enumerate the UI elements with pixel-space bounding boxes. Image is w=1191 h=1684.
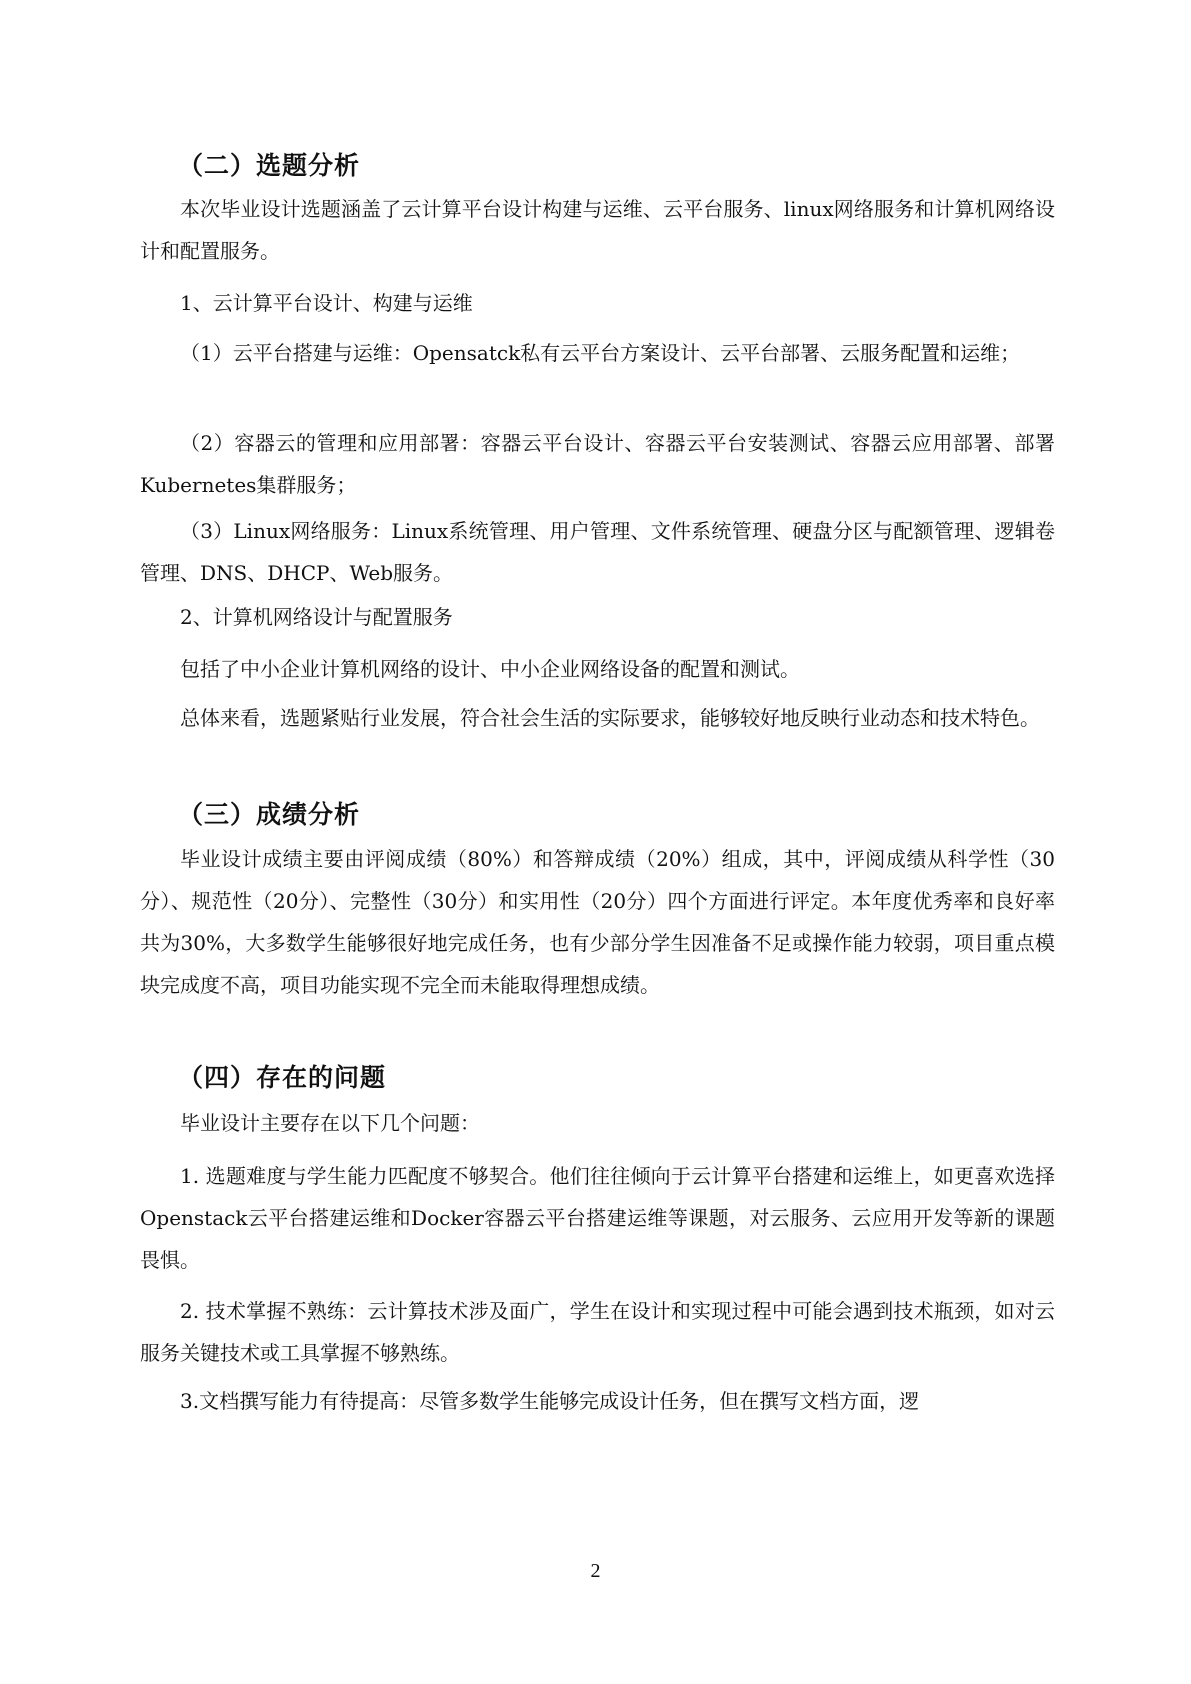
page-number: 2 [0,1560,1191,1583]
paragraph-topic-summary: 总体来看，选题紧贴行业发展，符合社会生活的实际要求，能够较好地反映行业动态和技术… [140,697,1055,739]
paragraph-topic-intro: 本次毕业设计选题涵盖了云计算平台设计构建与运维、云平台服务、linux网络服务和… [140,188,1055,272]
issue-item-topic-difficulty: 1. 选题难度与学生能力匹配度不够契合。他们往往倾向于云计算平台搭建和运维上，如… [140,1155,1055,1281]
section-heading-issues: （四）存在的问题 [178,1058,386,1094]
issue-item-documentation: 3.文档撰写能力有待提高：尽管多数学生能够完成设计任务，但在撰写文档方面，逻 [140,1380,1055,1422]
paragraph-network-desc: 包括了中小企业计算机网络的设计、中小企业网络设备的配置和测试。 [140,648,1055,690]
sub-item-container-cloud: （2）容器云的管理和应用部署：容器云平台设计、容器云平台安装测试、容器云应用部署… [140,422,1055,506]
sub-item-cloud-ops: （1）云平台搭建与运维：Opensatck私有云平台方案设计、云平台部署、云服务… [140,332,1055,374]
paragraph-issues-intro: 毕业设计主要存在以下几个问题： [140,1102,1055,1144]
issue-item-tech-skills: 2. 技术掌握不熟练：云计算技术涉及面广，学生在设计和实现过程中可能会遇到技术瓶… [140,1290,1055,1374]
section-heading-topic-analysis: （二）选题分析 [178,146,360,182]
sub-item-linux-services: （3）Linux网络服务：Linux系统管理、用户管理、文件系统管理、硬盘分区与… [140,510,1055,594]
document-page: （二）选题分析 本次毕业设计选题涵盖了云计算平台设计构建与运维、云平台服务、li… [0,0,1191,1684]
paragraph-score-analysis: 毕业设计成绩主要由评阅成绩（80%）和答辩成绩（20%）组成，其中，评阅成绩从科… [140,838,1055,1006]
list-item-network-design: 2、计算机网络设计与配置服务 [140,596,1055,638]
section-heading-score-analysis: （三）成绩分析 [178,795,360,831]
list-item-cloud-platform: 1、云计算平台设计、构建与运维 [140,282,1055,324]
